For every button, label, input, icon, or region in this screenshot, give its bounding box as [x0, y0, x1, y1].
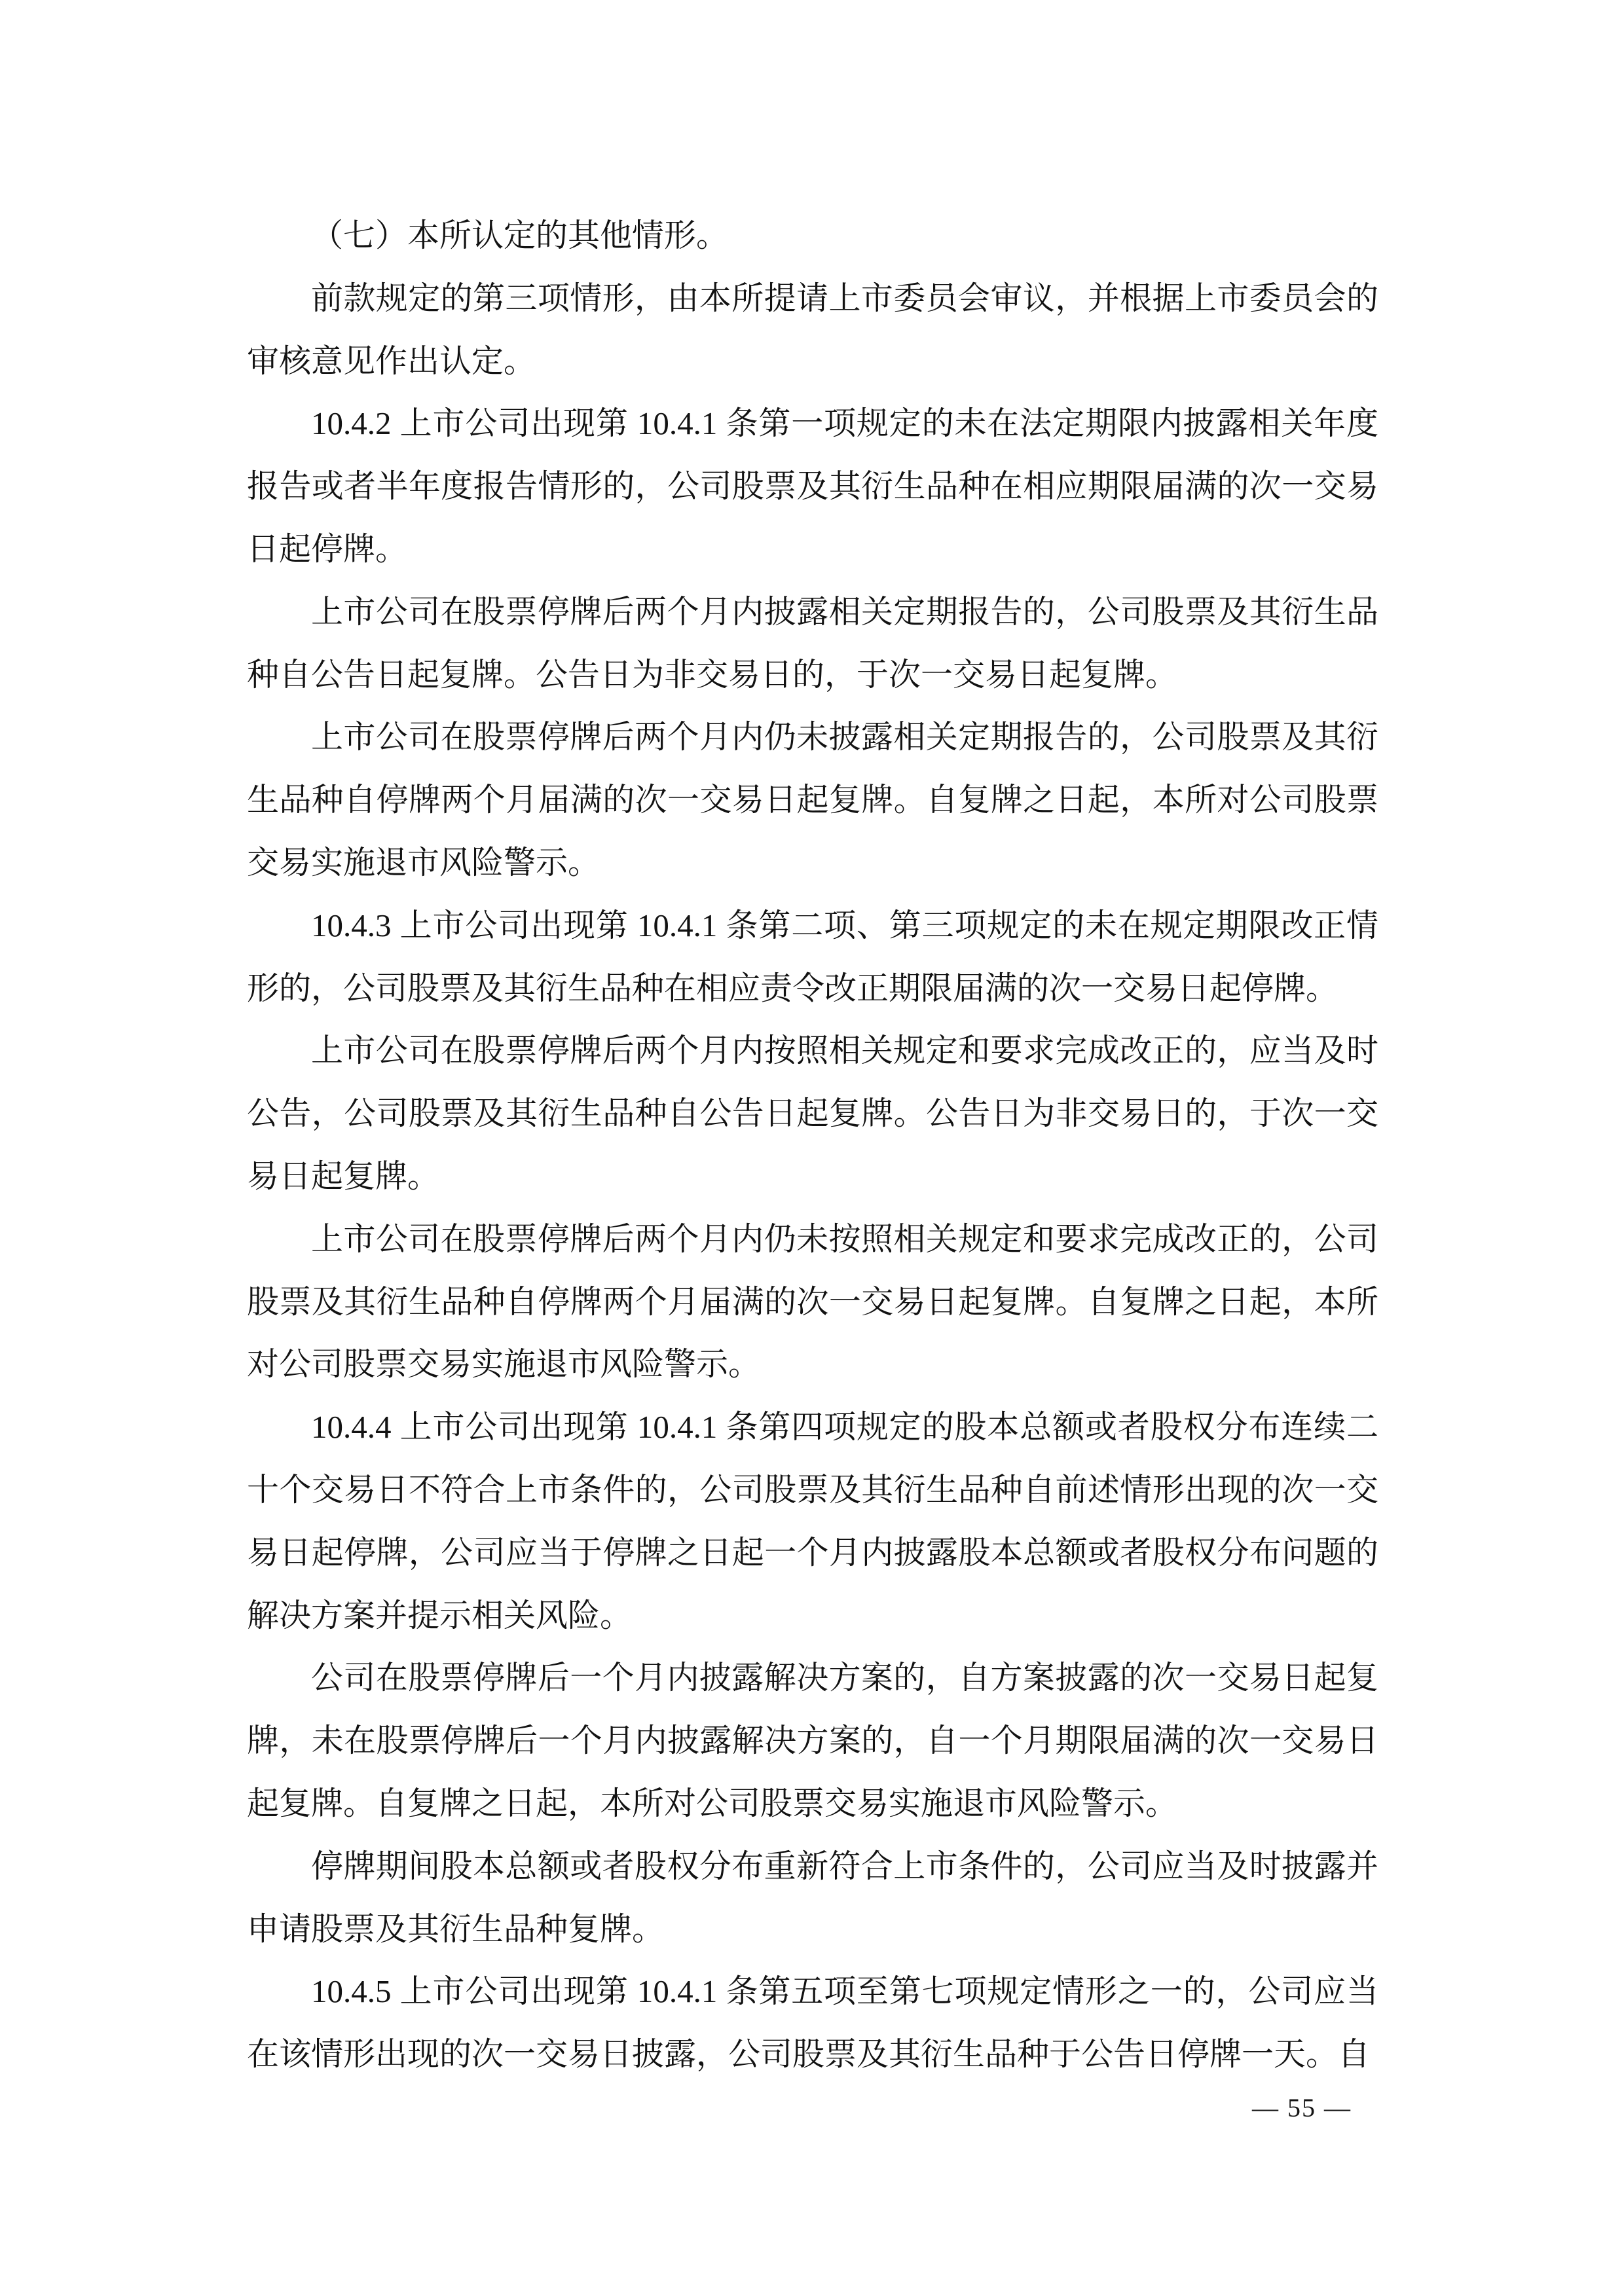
- document-page: （七）本所认定的其他情形。前款规定的第三项情形，由本所提请上市委员会审议，并根据…: [0, 0, 1624, 2296]
- page-number: — 55 —: [1252, 2075, 1352, 2141]
- text-line: 生品种自停牌两个月届满的次一交易日起复牌。自复牌之日起，本所对公司股票: [247, 769, 1378, 831]
- text-line: 牌，未在股票停牌后一个月内披露解决方案的，自一个月期限届满的次一交易日: [247, 1709, 1378, 1772]
- text-line: 上市公司在股票停牌后两个月内披露相关定期报告的，公司股票及其衍生品: [247, 581, 1378, 644]
- text-line: 在该情形出现的次一交易日披露，公司股票及其衍生品种于公告日停牌一天。自: [247, 2023, 1378, 2086]
- text-line: 前款规定的第三项情形，由本所提请上市委员会审议，并根据上市委员会的: [247, 267, 1378, 330]
- text-line: （七）本所认定的其他情形。: [247, 204, 1378, 267]
- text-line: 10.4.3 上市公司出现第 10.4.1 条第二项、第三项规定的未在规定期限改…: [247, 894, 1378, 957]
- text-line: 公司在股票停牌后一个月内披露解决方案的，自方案披露的次一交易日起复: [247, 1647, 1378, 1709]
- text-line: 形的，公司股票及其衍生品种在相应责令改正期限届满的次一交易日起停牌。: [247, 957, 1378, 1020]
- text-line: 对公司股票交易实施退市风险警示。: [247, 1333, 1378, 1396]
- text-line: 申请股票及其衍生品种复牌。: [247, 1898, 1378, 1961]
- text-line: 起复牌。自复牌之日起，本所对公司股票交易实施退市风险警示。: [247, 1772, 1378, 1835]
- text-line: 上市公司在股票停牌后两个月内仍未披露相关定期报告的，公司股票及其衍: [247, 706, 1378, 769]
- text-line: 日起停牌。: [247, 518, 1378, 581]
- text-line: 交易实施退市风险警示。: [247, 831, 1378, 894]
- text-line: 10.4.4 上市公司出现第 10.4.1 条第四项规定的股本总额或者股权分布连…: [247, 1396, 1378, 1459]
- text-line: 报告或者半年度报告情形的，公司股票及其衍生品种在相应期限届满的次一交易: [247, 455, 1378, 518]
- text-line: 解决方案并提示相关风险。: [247, 1584, 1378, 1647]
- text-line: 10.4.2 上市公司出现第 10.4.1 条第一项规定的未在法定期限内披露相关…: [247, 392, 1378, 455]
- text-line: 股票及其衍生品种自停牌两个月届满的次一交易日起复牌。自复牌之日起，本所: [247, 1271, 1378, 1334]
- text-line: 停牌期间股本总额或者股权分布重新符合上市条件的，公司应当及时披露并: [247, 1835, 1378, 1898]
- text-line: 易日起停牌，公司应当于停牌之日起一个月内披露股本总额或者股权分布问题的: [247, 1522, 1378, 1584]
- text-line: 10.4.5 上市公司出现第 10.4.1 条第五项至第七项规定情形之一的，公司…: [247, 1960, 1378, 2023]
- text-line: 易日起复牌。: [247, 1145, 1378, 1208]
- text-line: 上市公司在股票停牌后两个月内按照相关规定和要求完成改正的，应当及时: [247, 1019, 1378, 1082]
- text-line: 公告，公司股票及其衍生品种自公告日起复牌。公告日为非交易日的，于次一交: [247, 1082, 1378, 1145]
- text-line: 种自公告日起复牌。公告日为非交易日的，于次一交易日起复牌。: [247, 644, 1378, 706]
- text-line: 上市公司在股票停牌后两个月内仍未按照相关规定和要求完成改正的，公司: [247, 1208, 1378, 1271]
- document-body: （七）本所认定的其他情形。前款规定的第三项情形，由本所提请上市委员会审议，并根据…: [247, 204, 1378, 2086]
- text-line: 十个交易日不符合上市条件的，公司股票及其衍生品种自前述情形出现的次一交: [247, 1459, 1378, 1522]
- text-line: 审核意见作出认定。: [247, 330, 1378, 393]
